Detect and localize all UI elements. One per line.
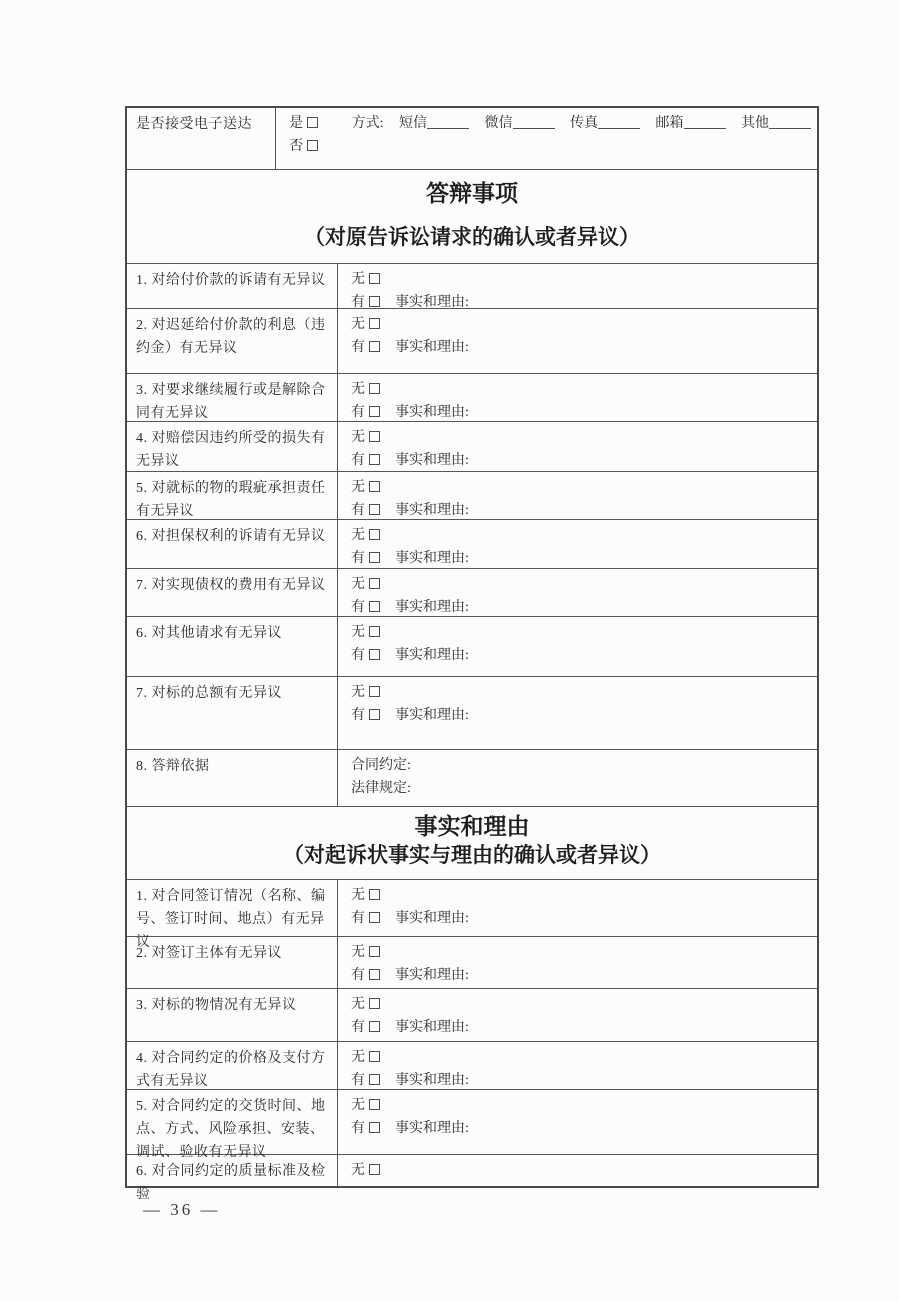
question-text: 是否接受电子送达 (136, 117, 252, 132)
sms-fill-in-blank[interactable] (427, 116, 469, 129)
answer-cell: 是 方式: 短信 微信 传真 邮箱 其他 否 (276, 108, 817, 169)
no-objection-label: 无 (351, 625, 365, 640)
question-text: 3. 对要求继续履行或是解除合同有无异议 (136, 383, 326, 421)
reason-label: 事实和理由: (395, 405, 469, 420)
has-objection-checkbox[interactable] (369, 406, 380, 417)
no-objection-checkbox[interactable] (369, 626, 380, 637)
question-cell: 1. 对合同签订情况（名称、编号、签订时间、地点）有无异议 (127, 880, 338, 936)
question-text: 6. 对担保权利的诉请有无异议 (136, 529, 326, 544)
no-objection-checkbox[interactable] (369, 529, 380, 540)
reason-label: 事实和理由: (395, 1073, 469, 1088)
no-objection-checkbox[interactable] (369, 431, 380, 442)
reason-label: 事实和理由: (395, 503, 469, 518)
answer-cell: 无 有事实和理由: (338, 1090, 817, 1154)
yes-label: 是 (289, 116, 303, 131)
question-cell: 1. 对给付价款的诉请有无异议 (127, 264, 338, 308)
answer-cell: 无 有事实和理由: (338, 677, 817, 749)
no-objection-label: 无 (351, 317, 365, 332)
no-objection-checkbox[interactable] (369, 578, 380, 589)
question-text: 2. 对迟延给付价款的利息（违约金）有无异议 (136, 318, 326, 356)
no-objection-label: 无 (351, 528, 365, 543)
answer-cell: 合同约定: 法律规定: (338, 750, 817, 806)
no-objection-checkbox[interactable] (369, 686, 380, 697)
no-objection-checkbox[interactable] (369, 273, 380, 284)
reason-label: 事实和理由: (395, 295, 469, 310)
has-objection-checkbox[interactable] (369, 1021, 380, 1032)
row-electronic-service: 是否接受电子送达 是 方式: 短信 微信 传真 邮箱 其他 否 (127, 108, 817, 169)
no-checkbox[interactable] (307, 140, 318, 151)
form-row: 7. 对实现债权的费用有无异议 无 有事实和理由: (127, 568, 817, 616)
has-objection-label: 有 (351, 648, 365, 663)
has-objection-checkbox[interactable] (369, 454, 380, 465)
has-objection-checkbox[interactable] (369, 912, 380, 923)
section2-title: 事实和理由 (127, 812, 817, 840)
form-row: 6. 对其他请求有无异议 无 有事实和理由: (127, 616, 817, 676)
document-page: 是否接受电子送达 是 方式: 短信 微信 传真 邮箱 其他 否 答辩事项 (0, 0, 899, 1302)
answer-cell: 无 有事实和理由: (338, 937, 817, 988)
section1-title: 答辩事项 (127, 179, 817, 207)
reason-label: 事实和理由: (395, 911, 469, 926)
question-cell: 6. 对其他请求有无异议 (127, 617, 338, 676)
no-objection-checkbox[interactable] (369, 946, 380, 957)
form-row: 3. 对标的物情况有无异议 无 有事实和理由: (127, 988, 817, 1041)
answer-cell: 无 有事实和理由: (338, 472, 817, 519)
no-objection-label: 无 (351, 685, 365, 700)
has-objection-label: 有 (351, 1020, 365, 1035)
answer-cell: 无 有事实和理由: (338, 880, 817, 936)
no-objection-label: 无 (351, 888, 365, 903)
question-cell: 6. 对担保权利的诉请有无异议 (127, 520, 338, 568)
has-objection-label: 有 (351, 405, 365, 420)
has-objection-checkbox[interactable] (369, 649, 380, 660)
page-number: — 36 — (143, 1200, 221, 1220)
defense-form-table: 是否接受电子送达 是 方式: 短信 微信 传真 邮箱 其他 否 答辩事项 (125, 106, 819, 1188)
question-cell: 3. 对标的物情况有无异议 (127, 989, 338, 1041)
form-row: 5. 对就标的物的瑕疵承担责任有无异议 无 有事实和理由: (127, 471, 817, 519)
method-fax-label: 传真 (570, 116, 598, 131)
no-objection-label: 无 (351, 997, 365, 1012)
contract-agreement-label: 合同约定: (351, 758, 411, 773)
has-objection-checkbox[interactable] (369, 341, 380, 352)
question-cell: 5. 对就标的物的瑕疵承担责任有无异议 (127, 472, 338, 519)
eservice-yes-line: 是 方式: 短信 微信 传真 邮箱 其他 (289, 112, 811, 135)
has-objection-label: 有 (351, 1121, 365, 1136)
no-objection-checkbox[interactable] (369, 383, 380, 394)
other-fill-in-blank[interactable] (769, 116, 811, 129)
answer-cell: 无 有事实和理由: (338, 264, 817, 308)
method-email-label: 邮箱 (656, 116, 684, 131)
no-objection-label: 无 (351, 945, 365, 960)
has-objection-label: 有 (351, 295, 365, 310)
reason-label: 事实和理由: (395, 600, 469, 615)
has-objection-label: 有 (351, 968, 365, 983)
form-row: 1. 对合同签订情况（名称、编号、签订时间、地点）有无异议 无 有事实和理由: (127, 879, 817, 936)
form-row: 4. 对赔偿因违约所受的损失有无异议 无 有事实和理由: (127, 421, 817, 471)
question-text: 7. 对标的总额有无异议 (136, 686, 282, 701)
question-text: 1. 对给付价款的诉请有无异议 (136, 273, 326, 288)
form-row: 5. 对合同约定的交货时间、地点、方式、风险承担、安装、调试、验收有无异议 无 … (127, 1089, 817, 1154)
form-row: 2. 对迟延给付价款的利息（违约金）有无异议 无 有事实和理由: (127, 308, 817, 373)
has-objection-label: 有 (351, 600, 365, 615)
form-row: 2. 对签订主体有无异议 无 有事实和理由: (127, 936, 817, 988)
wechat-fill-in-blank[interactable] (513, 116, 555, 129)
question-text: 2. 对签订主体有无异议 (136, 946, 282, 961)
no-label: 否 (289, 139, 303, 154)
question-text: 6. 对其他请求有无异议 (136, 626, 282, 641)
no-objection-checkbox[interactable] (369, 1099, 380, 1110)
question-text: 4. 对赔偿因违约所受的损失有无异议 (136, 431, 326, 469)
question-cell: 8. 答辩依据 (127, 750, 338, 806)
question-cell: 4. 对赔偿因违约所受的损失有无异议 (127, 422, 338, 471)
question-cell: 2. 对签订主体有无异议 (127, 937, 338, 988)
question-cell: 7. 对实现债权的费用有无异议 (127, 569, 338, 616)
form-row: 6. 对担保权利的诉请有无异议 无 有事实和理由: (127, 519, 817, 568)
reason-label: 事实和理由: (395, 453, 469, 468)
has-objection-label: 有 (351, 1073, 365, 1088)
no-objection-label: 无 (351, 272, 365, 287)
form-row: 1. 对给付价款的诉请有无异议 无 有事实和理由: (127, 263, 817, 308)
has-objection-label: 有 (351, 551, 365, 566)
no-objection-checkbox[interactable] (369, 889, 380, 900)
no-objection-checkbox[interactable] (369, 481, 380, 492)
eservice-no-line: 否 (289, 135, 811, 158)
method-wechat-label: 微信 (485, 116, 513, 131)
question-text: 6. 对合同约定的质量标准及检验 (136, 1164, 326, 1202)
legal-provision-label: 法律规定: (351, 781, 411, 796)
method-sms-label: 短信 (399, 116, 427, 131)
question-text: 5. 对就标的物的瑕疵承担责任有无异议 (136, 481, 326, 519)
form-row: 4. 对合同约定的价格及支付方式有无异议 无 有事实和理由: (127, 1041, 817, 1089)
reason-label: 事实和理由: (395, 340, 469, 355)
answer-cell: 无 (338, 1155, 817, 1186)
no-objection-label: 无 (351, 382, 365, 397)
answer-cell: 无 有事实和理由: (338, 422, 817, 471)
has-objection-label: 有 (351, 911, 365, 926)
has-objection-checkbox[interactable] (369, 709, 380, 720)
answer-cell: 无 有事实和理由: (338, 520, 817, 568)
has-objection-checkbox[interactable] (369, 1122, 380, 1133)
question-text: 5. 对合同约定的交货时间、地点、方式、风险承担、安装、调试、验收有无异议 (136, 1099, 326, 1160)
has-objection-label: 有 (351, 708, 365, 723)
answer-cell: 无 有事实和理由: (338, 617, 817, 676)
no-objection-label: 无 (351, 577, 365, 592)
has-objection-label: 有 (351, 503, 365, 518)
no-objection-checkbox[interactable] (369, 1051, 380, 1062)
question-cell: 3. 对要求继续履行或是解除合同有无异议 (127, 374, 338, 421)
no-objection-label: 无 (351, 1098, 365, 1113)
has-objection-checkbox[interactable] (369, 296, 380, 307)
answer-cell: 无 有事实和理由: (338, 309, 817, 373)
form-row: 3. 对要求继续履行或是解除合同有无异议 无 有事实和理由: (127, 373, 817, 421)
method-label: 方式: (352, 116, 384, 131)
question-text: 4. 对合同约定的价格及支付方式有无异议 (136, 1051, 326, 1089)
no-objection-label: 无 (351, 1163, 365, 1178)
form-row-truncated: 6. 对合同约定的质量标准及检验 无 (127, 1154, 817, 1186)
reason-label: 事实和理由: (395, 1020, 469, 1035)
reason-label: 事实和理由: (395, 968, 469, 983)
answer-cell: 无 有事实和理由: (338, 374, 817, 421)
section2-subtitle: （对起诉状事实与理由的确认或者异议） (127, 842, 817, 869)
section1-subtitle: （对原告诉讼请求的确认或者异议） (127, 224, 817, 251)
row-defense-basis: 8. 答辩依据 合同约定: 法律规定: (127, 749, 817, 806)
question-cell: 6. 对合同约定的质量标准及检验 (127, 1155, 338, 1186)
reason-label: 事实和理由: (395, 708, 469, 723)
has-objection-label: 有 (351, 453, 365, 468)
answer-cell: 无 有事实和理由: (338, 569, 817, 616)
reason-label: 事实和理由: (395, 551, 469, 566)
question-cell: 是否接受电子送达 (127, 108, 276, 169)
has-objection-checkbox[interactable] (369, 1074, 380, 1085)
question-text: 8. 答辩依据 (136, 759, 210, 774)
has-objection-checkbox[interactable] (369, 504, 380, 515)
fax-fill-in-blank[interactable] (598, 116, 640, 129)
has-objection-checkbox[interactable] (369, 969, 380, 980)
section2-header: 事实和理由 （对起诉状事实与理由的确认或者异议） (127, 806, 817, 879)
answer-cell: 无 有事实和理由: (338, 1042, 817, 1089)
question-cell: 2. 对迟延给付价款的利息（违约金）有无异议 (127, 309, 338, 373)
method-other-label: 其他 (741, 116, 769, 131)
question-cell: 7. 对标的总额有无异议 (127, 677, 338, 749)
yes-checkbox[interactable] (307, 117, 318, 128)
no-objection-checkbox[interactable] (369, 1164, 380, 1175)
has-objection-label: 有 (351, 340, 365, 355)
question-cell: 5. 对合同约定的交货时间、地点、方式、风险承担、安装、调试、验收有无异议 (127, 1090, 338, 1154)
question-cell: 4. 对合同约定的价格及支付方式有无异议 (127, 1042, 338, 1089)
no-objection-label: 无 (351, 1050, 365, 1065)
answer-cell: 无 有事实和理由: (338, 989, 817, 1041)
question-text: 7. 对实现债权的费用有无异议 (136, 578, 326, 593)
section1-header: 答辩事项 （对原告诉讼请求的确认或者异议） (127, 169, 817, 263)
question-text: 3. 对标的物情况有无异议 (136, 998, 297, 1013)
no-objection-checkbox[interactable] (369, 318, 380, 329)
reason-label: 事实和理由: (395, 648, 469, 663)
form-row: 7. 对标的总额有无异议 无 有事实和理由: (127, 676, 817, 749)
email-fill-in-blank[interactable] (684, 116, 726, 129)
no-objection-checkbox[interactable] (369, 998, 380, 1009)
no-objection-label: 无 (351, 430, 365, 445)
reason-label: 事实和理由: (395, 1121, 469, 1136)
has-objection-checkbox[interactable] (369, 601, 380, 612)
no-objection-label: 无 (351, 480, 365, 495)
has-objection-checkbox[interactable] (369, 552, 380, 563)
